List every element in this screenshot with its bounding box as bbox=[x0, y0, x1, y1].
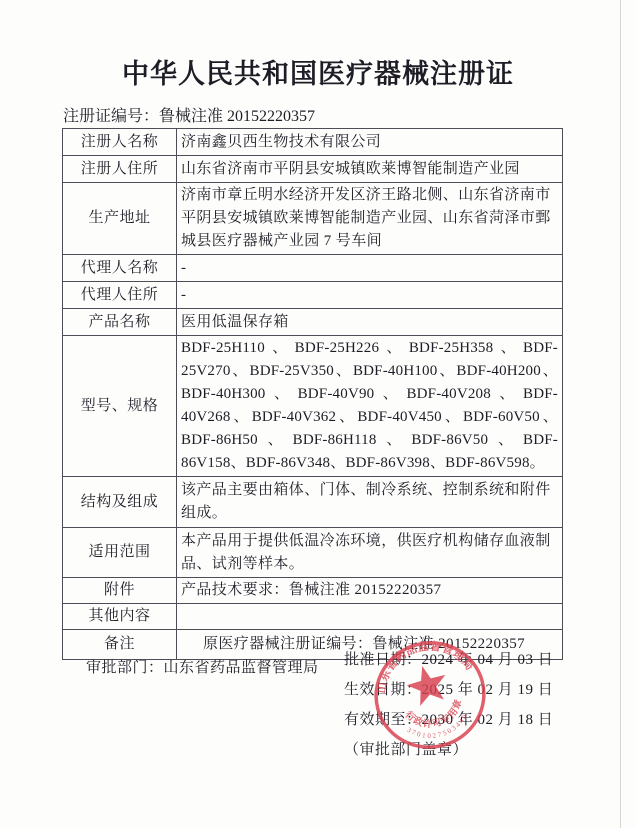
row-label: 型号、规格 bbox=[63, 336, 177, 477]
page-edge-line bbox=[620, 0, 621, 828]
row-label: 注册人住所 bbox=[63, 156, 177, 183]
row-value: 济南市章丘明水经济开发区济王路北侧、山东省济南市平阴县安城镇欧莱博智能制造产业园… bbox=[177, 183, 563, 255]
row-value: 本产品用于提供低温冷冻环境，供医疗机构储存血液制品、试剂等样本。 bbox=[177, 528, 563, 578]
row-label: 注册人名称 bbox=[63, 129, 177, 156]
row-label: 适用范围 bbox=[63, 528, 177, 578]
row-label: 附件 bbox=[63, 578, 177, 604]
approval-department-value: 山东省药品监督管理局 bbox=[164, 660, 319, 676]
approval-department-label: 审批部门： bbox=[86, 660, 164, 676]
row-label: 代理人名称 bbox=[63, 255, 177, 282]
seal-star-icon bbox=[403, 661, 451, 708]
table-row-models-specs: 型号、规格 BDF-25H110、BDF-25H226、BDF-25H358、B… bbox=[63, 336, 563, 477]
row-label: 产品名称 bbox=[63, 309, 177, 336]
row-value: - bbox=[177, 255, 563, 282]
table-row-agent-address: 代理人住所 - bbox=[63, 282, 563, 309]
registration-number-line: 注册证编号：鲁械注准 20152220357 bbox=[63, 103, 315, 126]
row-label: 生产地址 bbox=[63, 183, 177, 255]
row-value: 济南鑫贝西生物技术有限公司 bbox=[177, 129, 563, 156]
row-value: 医用低温保存箱 bbox=[177, 309, 563, 336]
row-value: BDF-25H110、BDF-25H226、BDF-25H358、BDF-25V… bbox=[177, 336, 563, 477]
registration-number-label: 注册证编号： bbox=[63, 108, 159, 125]
table-row-registrant-name: 注册人名称 济南鑫贝西生物技术有限公司 bbox=[63, 129, 563, 156]
row-label: 其他内容 bbox=[63, 604, 177, 630]
table-row-agent-name: 代理人名称 - bbox=[63, 255, 563, 282]
table-row-structure-composition: 结构及组成 该产品主要由箱体、门体、制冷系统、控制系统和附件组成。 bbox=[63, 477, 563, 528]
row-label: 结构及组成 bbox=[63, 477, 177, 528]
registration-number-value: 鲁械注准 20152220357 bbox=[159, 108, 315, 125]
certificate-page: 中华人民共和国医疗器械注册证 注册证编号：鲁械注准 20152220357 注册… bbox=[0, 0, 636, 828]
table-row-production-address: 生产地址 济南市章丘明水经济开发区济王路北侧、山东省济南市平阴县安城镇欧莱博智能… bbox=[63, 183, 563, 255]
row-value: 产品技术要求：鲁械注准 20152220357 bbox=[177, 578, 563, 604]
table-row-registrant-address: 注册人住所 山东省济南市平阴县安城镇欧莱博智能制造产业园 bbox=[63, 156, 563, 183]
row-label: 代理人住所 bbox=[63, 282, 177, 309]
row-value: - bbox=[177, 282, 563, 309]
row-value bbox=[177, 604, 563, 630]
table-row-intended-use: 适用范围 本产品用于提供低温冷冻环境，供医疗机构储存血液制品、试剂等样本。 bbox=[63, 528, 563, 578]
table-row-other-content: 其他内容 bbox=[63, 604, 563, 630]
page-title: 中华人民共和国医疗器械注册证 bbox=[0, 52, 636, 91]
table-row-attachments: 附件 产品技术要求：鲁械注准 20152220357 bbox=[63, 578, 563, 604]
row-label: 备注 bbox=[63, 630, 177, 660]
official-seal-stamp-icon: 山东省药品监督管理局 行政许可专用章 3701027503440 bbox=[372, 640, 488, 750]
table-row-product-name: 产品名称 医用低温保存箱 bbox=[63, 309, 563, 336]
approval-department-line: 审批部门：山东省药品监督管理局 bbox=[86, 656, 319, 677]
row-value: 山东省济南市平阴县安城镇欧莱博智能制造产业园 bbox=[177, 156, 563, 183]
row-value: 该产品主要由箱体、门体、制冷系统、控制系统和附件组成。 bbox=[177, 477, 563, 528]
certificate-table: 注册人名称 济南鑫贝西生物技术有限公司 注册人住所 山东省济南市平阴县安城镇欧莱… bbox=[62, 128, 563, 660]
